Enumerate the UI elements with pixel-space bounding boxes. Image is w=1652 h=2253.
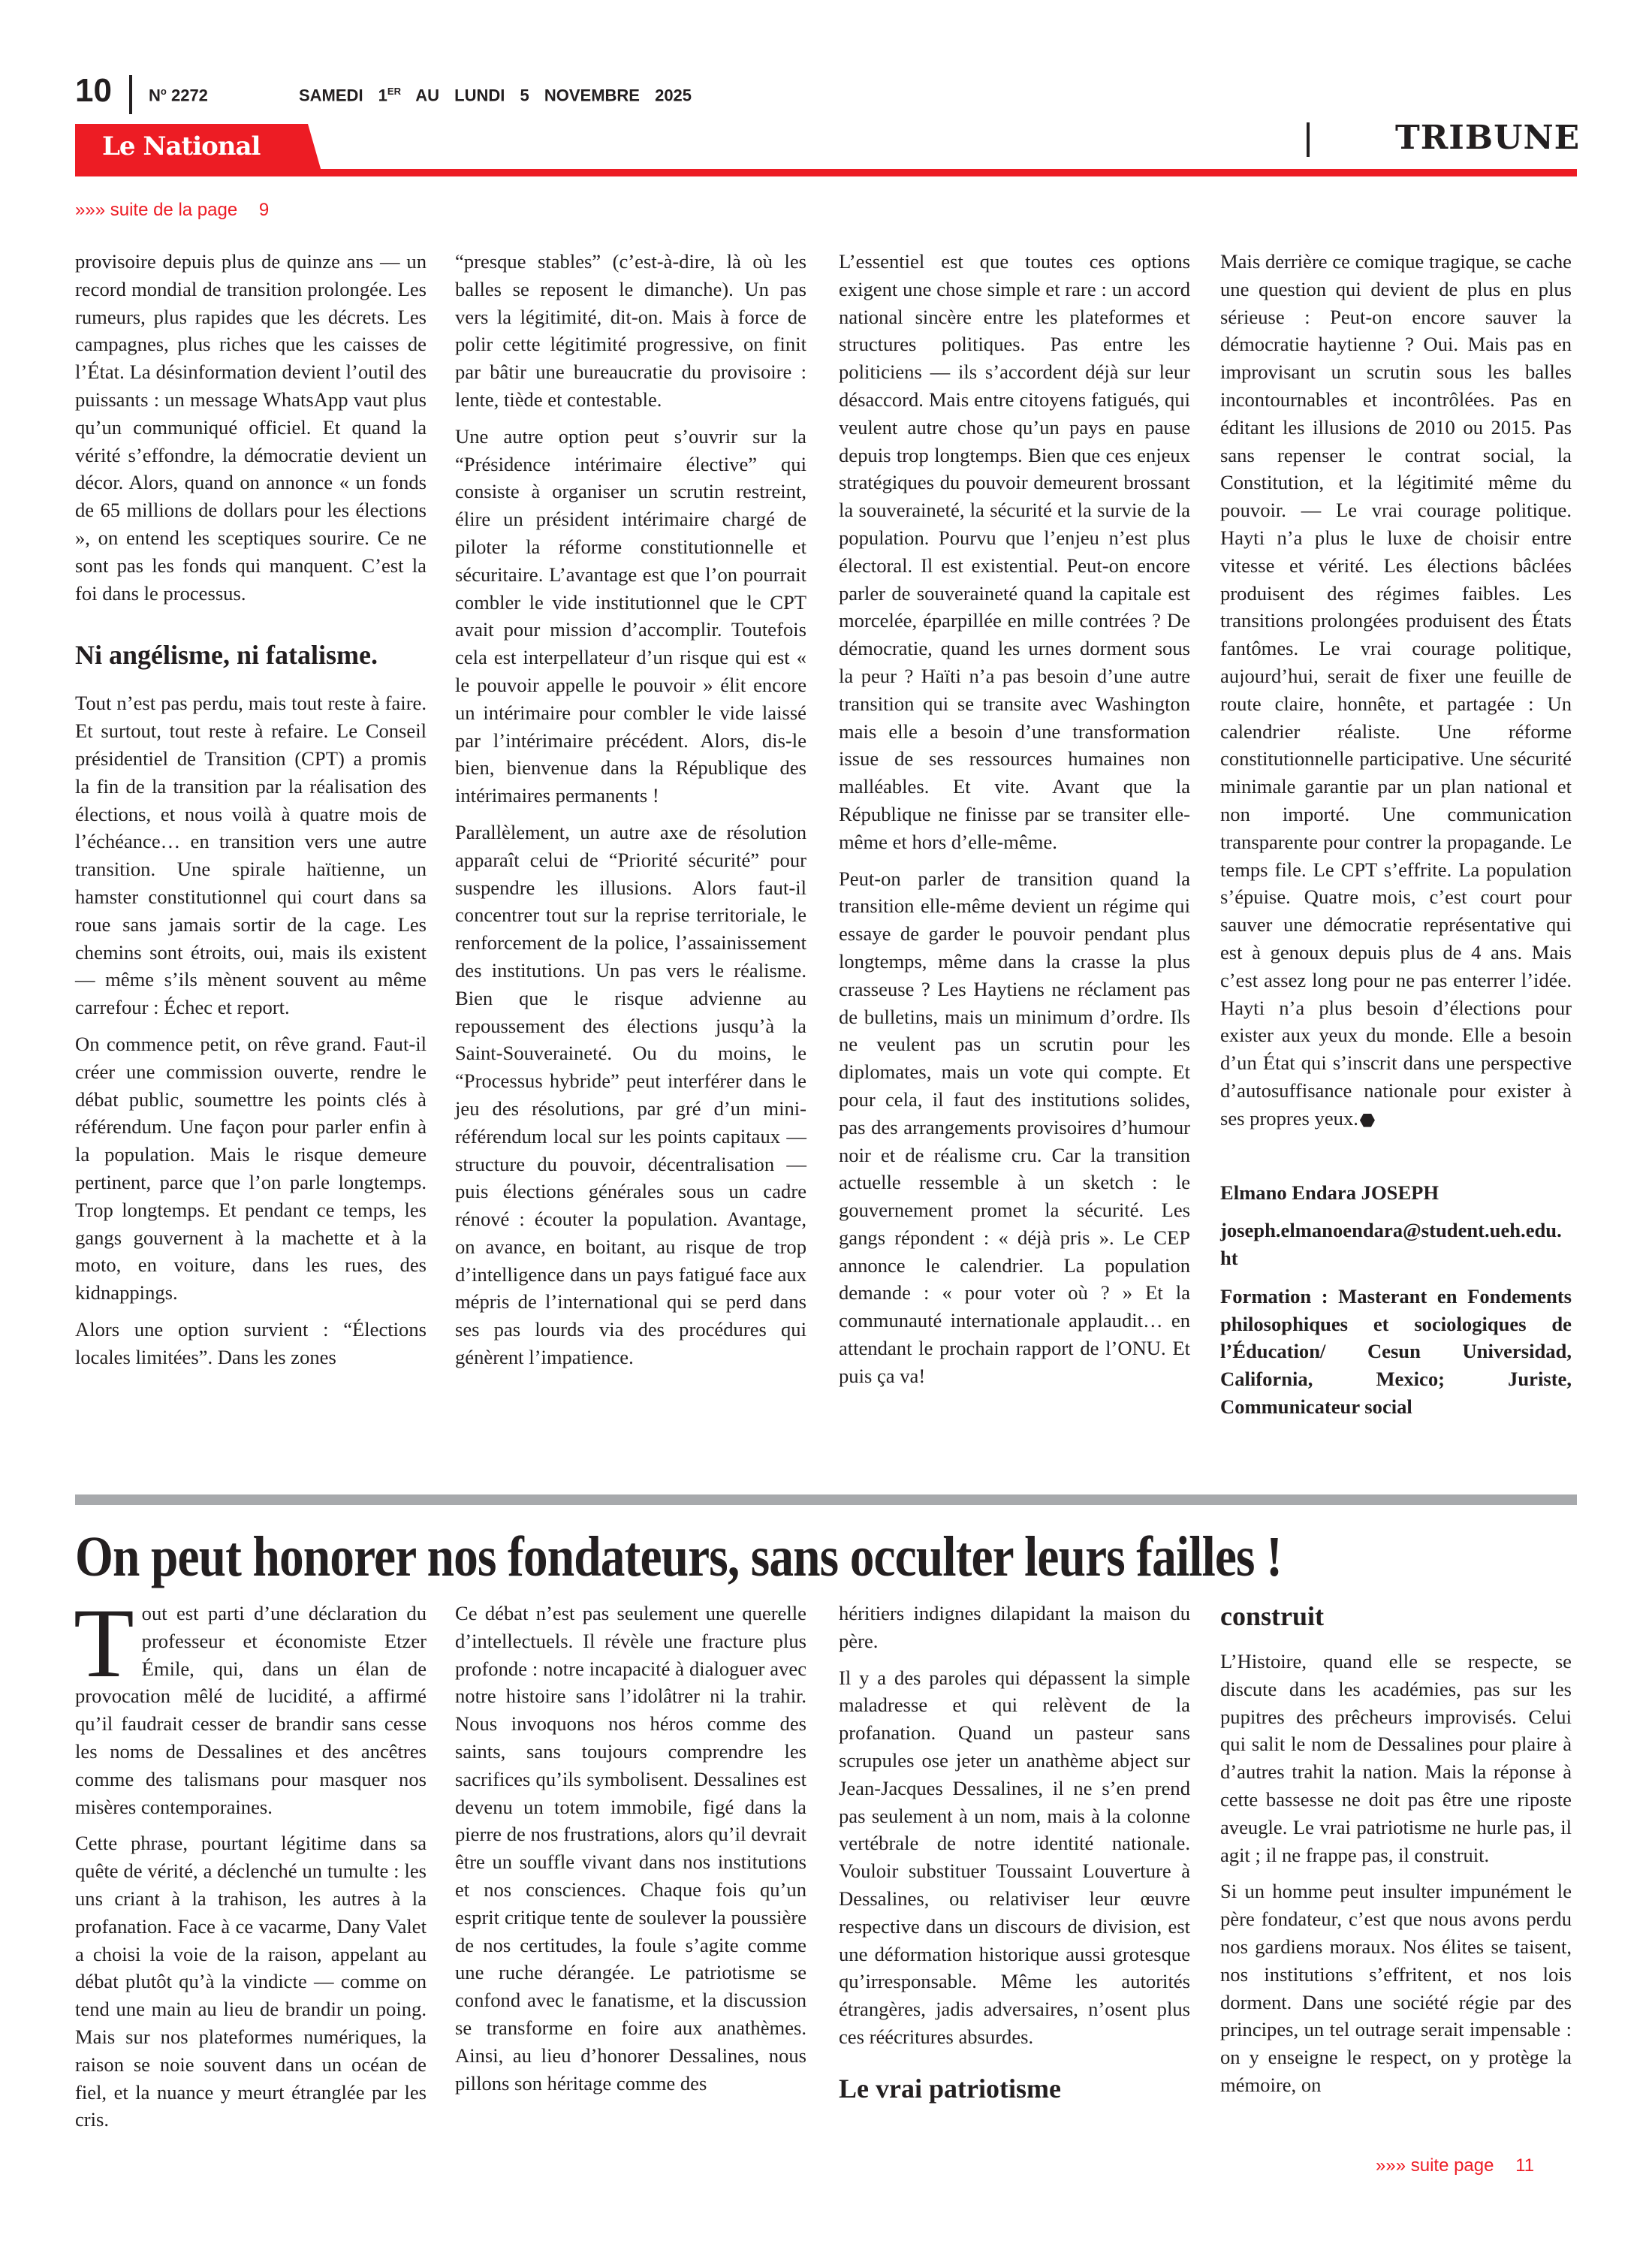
paragraph: Cette phrase, pourtant légitime dans sa …	[75, 1829, 427, 2134]
paragraph: Mais derrière ce comique tragique, se ca…	[1220, 248, 1572, 1133]
subheading-continued: construit	[1220, 1601, 1572, 1631]
article1-column-1: provisoire depuis plus de quinze ans — u…	[75, 248, 427, 1380]
paragraph: héritiers indignes dilapidant la maison …	[839, 1600, 1190, 1655]
paragraph: Une autre option peut s’ouvrir sur la “P…	[455, 423, 806, 810]
continued-to-label: suite page	[1411, 2155, 1494, 2176]
paragraph: Peut-on parler de transition quand la tr…	[839, 865, 1190, 1390]
paragraph: Parallèlement, un autre axe de résolutio…	[455, 819, 806, 1371]
issue-value: 2272	[171, 86, 208, 104]
paragraph: Tout est parti d’une déclaration du prof…	[75, 1600, 427, 1820]
continued-to-page: 11	[1515, 2155, 1534, 2176]
issue-number: No 2272	[149, 86, 208, 105]
date-part2: AU LUNDI 5 NOVEMBRE 2025	[415, 86, 692, 104]
continued-to: »»» suite page 11	[1376, 2155, 1534, 2176]
end-of-article-hexagon-icon	[1360, 1114, 1375, 1127]
section-title: TRIBUNE	[1395, 119, 1580, 157]
paragraph: Alors une option survient : “Élections l…	[75, 1316, 427, 1371]
paragraph: L’essentiel est que toutes ces options e…	[839, 248, 1190, 856]
paragraph: L’Histoire, quand elle se respecte, se d…	[1220, 1648, 1572, 1868]
paragraph: Ce débat n’est pas seulement une querell…	[455, 1600, 806, 2097]
article1-column-3: L’essentiel est que toutes ces options e…	[839, 248, 1190, 1399]
subheading: Le vrai patriotisme	[839, 2074, 1190, 2104]
page-number: 10	[75, 72, 112, 110]
paragraph: Il y a des paroles qui dépassent la simp…	[839, 1664, 1190, 2051]
subheading: Ni angélisme, ni fatalisme.	[75, 640, 427, 670]
newspaper-logo: Le National	[102, 131, 260, 161]
paragraph: Tout n’est pas perdu, mais tout reste à …	[75, 689, 427, 1021]
chevrons-icon: »»»	[75, 200, 105, 220]
article-divider	[75, 1494, 1577, 1505]
author-name: Elmano Endara JOSEPH	[1220, 1179, 1572, 1207]
brand-banner: Le National	[75, 124, 1577, 176]
chevrons-icon: »»»	[1376, 2155, 1406, 2176]
date-part1: SAMEDI 1	[299, 86, 387, 104]
issue-date: SAMEDI 1ER AU LUNDI 5 NOVEMBRE 2025	[299, 86, 692, 105]
header-separator	[129, 75, 132, 114]
article1-column-2: “presque stables” (c’est-à-dire, là où l…	[455, 248, 806, 1380]
article2-column-1: Tout est parti d’une déclaration du prof…	[75, 1600, 427, 2143]
paragraph: On commence petit, on rêve grand. Faut-i…	[75, 1030, 427, 1307]
author-email[interactable]: joseph.elmanoendara@student.ueh.edu.ht	[1220, 1217, 1572, 1272]
article2-column-3: héritiers indignes dilapidant la maison …	[839, 1600, 1190, 2123]
paragraph: Si un homme peut insulter impunément le …	[1220, 1877, 1572, 2098]
section-separator	[1307, 122, 1310, 157]
paragraph: “presque stables” (c’est-à-dire, là où l…	[455, 248, 806, 414]
article1-column-4: Mais derrière ce comique tragique, se ca…	[1220, 248, 1572, 1431]
drop-cap: T	[74, 1604, 134, 1682]
article2-column-2: Ce débat n’est pas seulement une querell…	[455, 1600, 806, 2106]
paragraph-text: Mais derrière ce comique tragique, se ca…	[1220, 250, 1572, 1130]
article2-column-4: construit L’Histoire, quand elle se resp…	[1220, 1600, 1572, 2108]
issue-sup: o	[161, 86, 167, 97]
continued-from-page: 9	[259, 200, 269, 220]
issue-prefix: N	[149, 86, 161, 104]
paragraph: provisoire depuis plus de quinze ans — u…	[75, 248, 427, 607]
article2-headline: On peut honorer nos fondateurs, sans occ…	[75, 1523, 1282, 1591]
continued-from: »»» suite de la page 9	[75, 200, 269, 221]
date-sup: ER	[387, 86, 401, 97]
author-bio: Formation : Masterant en Fondements phil…	[1220, 1283, 1572, 1421]
continued-from-label: suite de la page	[110, 200, 237, 220]
